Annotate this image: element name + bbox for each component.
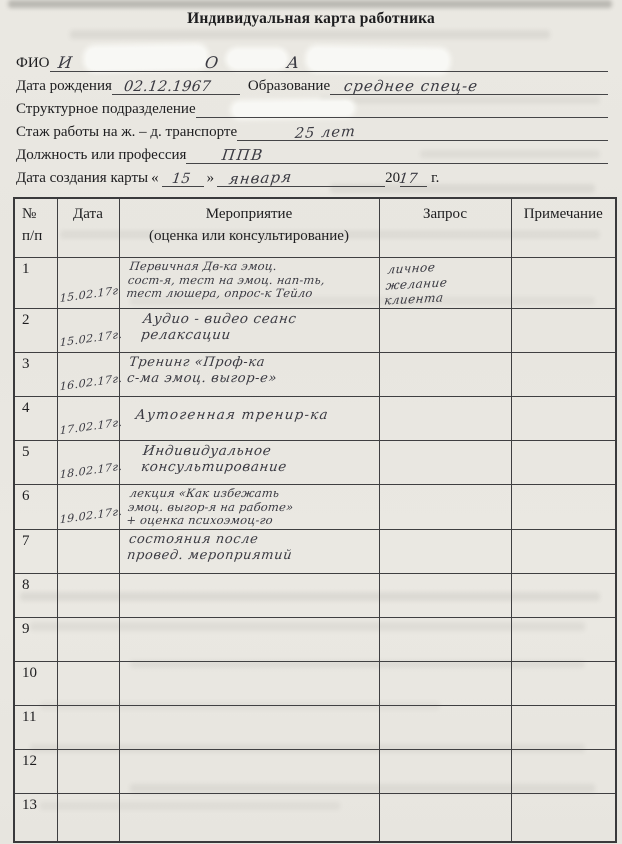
cell-num: 3 [14, 352, 57, 396]
cell-date [57, 661, 119, 705]
header-activity-line1: Мероприятие [206, 206, 293, 222]
cell-date [57, 705, 119, 749]
cell-request [379, 749, 511, 793]
cell-activity: лекция «Как избежать эмоц. выгор-я на ра… [119, 484, 379, 529]
open-quote: « [148, 170, 162, 187]
cell-note [511, 793, 616, 842]
experience-row: Стаж работы на ж. – д. транспорте 25 лет [16, 118, 608, 141]
cell-num: 11 [14, 705, 57, 749]
table-row: 2 15.02.17г. Аудио - видео сеанс релакса… [14, 308, 616, 352]
close-quote: » [204, 170, 218, 187]
cell-num: 2 [14, 308, 57, 352]
activity-value: Первичная Дв-ка эмоц. сост-я, тест на эм… [125, 260, 327, 301]
activity-value: состояния после провед. мероприятий [126, 532, 295, 564]
card-date-row: Дата создания карты « 15 » января 20 17 … [16, 164, 608, 187]
cell-date: 19.02.17г. [57, 484, 119, 529]
table-row: 8 [14, 573, 616, 617]
cell-date [57, 617, 119, 661]
header-note: Примечание [511, 198, 616, 257]
date-value: 15.02.17г [59, 284, 118, 305]
cell-note [511, 617, 616, 661]
date-value: 19.02.17г. [59, 505, 122, 527]
cell-request [379, 661, 511, 705]
cell-activity [119, 617, 379, 661]
experience-label: Стаж работы на ж. – д. транспорте [16, 124, 237, 141]
position-value: ППВ [221, 146, 265, 164]
cell-request [379, 352, 511, 396]
cell-note [511, 661, 616, 705]
cell-num: 10 [14, 661, 57, 705]
card-date-month: января [228, 168, 294, 188]
cell-request: личное желание клиента [379, 257, 511, 308]
cell-request [379, 440, 511, 484]
cell-activity [119, 749, 379, 793]
cell-activity: Индивидуальное консультирование [119, 440, 379, 484]
cell-request [379, 793, 511, 842]
fio-row: ФИО И О А [16, 49, 608, 72]
page-title: Индивидуальная карта работника [0, 0, 622, 28]
cell-request [379, 484, 511, 529]
cell-note [511, 396, 616, 440]
cell-note [511, 257, 616, 308]
cell-note [511, 749, 616, 793]
cell-request [379, 529, 511, 573]
fio-initial-2: О [203, 53, 219, 72]
position-label: Должность или профессия [16, 147, 186, 164]
fio-line: И О А [50, 48, 608, 72]
cell-request [379, 308, 511, 352]
card-date-year-line: 17 [400, 163, 427, 187]
cell-activity: Первичная Дв-ка эмоц. сост-я, тест на эм… [119, 257, 379, 308]
cell-date [57, 529, 119, 573]
header-request: Запрос [379, 198, 511, 257]
card-date-day: 15 [171, 171, 192, 187]
cell-note [511, 352, 616, 396]
activities-table: № п/п Дата Мероприятие (оценка или консу… [13, 197, 617, 843]
table-row: 1 15.02.17г Первичная Дв-ка эмоц. сост-я… [14, 257, 616, 308]
table-row: 12 [14, 749, 616, 793]
cell-note [511, 484, 616, 529]
table-row: 11 [14, 705, 616, 749]
cell-note [511, 440, 616, 484]
fio-label: ФИО [16, 55, 50, 72]
table-row: 7 состояния после провед. мероприятий [14, 529, 616, 573]
cell-date [57, 573, 119, 617]
cell-activity [119, 573, 379, 617]
activity-value: Аудио - видео сеанс релаксации [125, 311, 297, 344]
cell-request [379, 396, 511, 440]
request-value: личное желание клиента [383, 259, 449, 309]
cell-note [511, 308, 616, 352]
cell-num: 12 [14, 749, 57, 793]
cell-num: 1 [14, 257, 57, 308]
department-label: Структурное подразделение [16, 101, 196, 118]
cell-num: 13 [14, 793, 57, 842]
header-activity-line2: (оценка или консультирование) [149, 228, 349, 244]
cell-date [57, 749, 119, 793]
card-date-month-line: января [217, 163, 385, 187]
table-row: 6 19.02.17г. лекция «Как избежать эмоц. … [14, 484, 616, 529]
position-row: Должность или профессия ППВ [16, 141, 608, 164]
activity-value: Тренинг «Проф-ка с-ма эмоц. выгор-е» [126, 355, 280, 387]
scan-artifact [70, 30, 550, 39]
table-row: 5 18.02.17г. Индивидуальное консультиров… [14, 440, 616, 484]
birth-date-value: 02.12.1967 [123, 79, 212, 95]
cell-activity [119, 661, 379, 705]
cell-num: 4 [14, 396, 57, 440]
education-label: Образование [240, 78, 330, 95]
cell-num: 5 [14, 440, 57, 484]
cell-activity: Аудио - видео сеанс релаксации [119, 308, 379, 352]
date-value: 16.02.17г. [59, 371, 122, 393]
cell-date [57, 793, 119, 842]
experience-line: 25 лет [237, 117, 608, 141]
cell-num: 6 [14, 484, 57, 529]
worker-info-form: ФИО И О А Дата рождения 02.12.1967 Образ… [16, 49, 608, 187]
activity-value: Аутогенная тренир-ка [126, 399, 330, 423]
header-num: № п/п [14, 198, 57, 257]
cell-num: 7 [14, 529, 57, 573]
birth-education-row: Дата рождения 02.12.1967 Образование сре… [16, 72, 608, 95]
table-header-row: № п/п Дата Мероприятие (оценка или консу… [14, 198, 616, 257]
activity-value: Индивидуальное консультирование [125, 443, 289, 476]
cell-num: 9 [14, 617, 57, 661]
header-activity: Мероприятие (оценка или консультирование… [119, 198, 379, 257]
cell-activity: Тренинг «Проф-ка с-ма эмоц. выгор-е» [119, 352, 379, 396]
birth-date-line: 02.12.1967 [112, 71, 240, 95]
education-line: среднее спец-е [330, 71, 608, 95]
table-row: 10 [14, 661, 616, 705]
cell-num: 8 [14, 573, 57, 617]
table-row: 4 17.02.17г. Аутогенная тренир-ка [14, 396, 616, 440]
card-date-label: Дата создания карты [16, 170, 148, 187]
card-date-day-line: 15 [162, 163, 204, 187]
cell-note [511, 705, 616, 749]
card-date-year: 17 [398, 171, 419, 187]
fio-initial-3: А [285, 53, 300, 72]
cell-request [379, 573, 511, 617]
education-value: среднее спец-е [343, 77, 479, 95]
department-line [196, 94, 608, 118]
birth-date-label: Дата рождения [16, 78, 112, 95]
cell-activity: состояния после провед. мероприятий [119, 529, 379, 573]
date-value: 15.02.17г. [59, 327, 122, 349]
header-date: Дата [57, 198, 119, 257]
table-row: 9 [14, 617, 616, 661]
department-row: Структурное подразделение [16, 95, 608, 118]
cell-activity [119, 705, 379, 749]
table-row: 13 [14, 793, 616, 842]
card-date-suffix: г. [427, 170, 439, 187]
cell-activity: Аутогенная тренир-ка [119, 396, 379, 440]
cell-date: 15.02.17г [57, 257, 119, 308]
cell-request [379, 617, 511, 661]
cell-date: 17.02.17г. [57, 396, 119, 440]
cell-date: 15.02.17г. [57, 308, 119, 352]
header-num-line2: п/п [22, 228, 42, 244]
cell-date: 16.02.17г. [57, 352, 119, 396]
cell-note [511, 529, 616, 573]
cell-note [511, 573, 616, 617]
position-line: ППВ [186, 140, 608, 164]
scanned-worker-card-page: Индивидуальная карта работника ФИО И О А… [0, 0, 622, 844]
table-row: 3 16.02.17г. Тренинг «Проф-ка с-ма эмоц.… [14, 352, 616, 396]
cell-activity [119, 793, 379, 842]
date-value: 18.02.17г. [59, 459, 122, 481]
cell-date: 18.02.17г. [57, 440, 119, 484]
fio-initial-1: И [56, 53, 73, 72]
cell-request [379, 705, 511, 749]
header-num-line1: № [22, 206, 36, 222]
date-value: 17.02.17г. [59, 415, 122, 437]
activity-value: лекция «Как избежать эмоц. выгор-я на ра… [125, 487, 295, 528]
